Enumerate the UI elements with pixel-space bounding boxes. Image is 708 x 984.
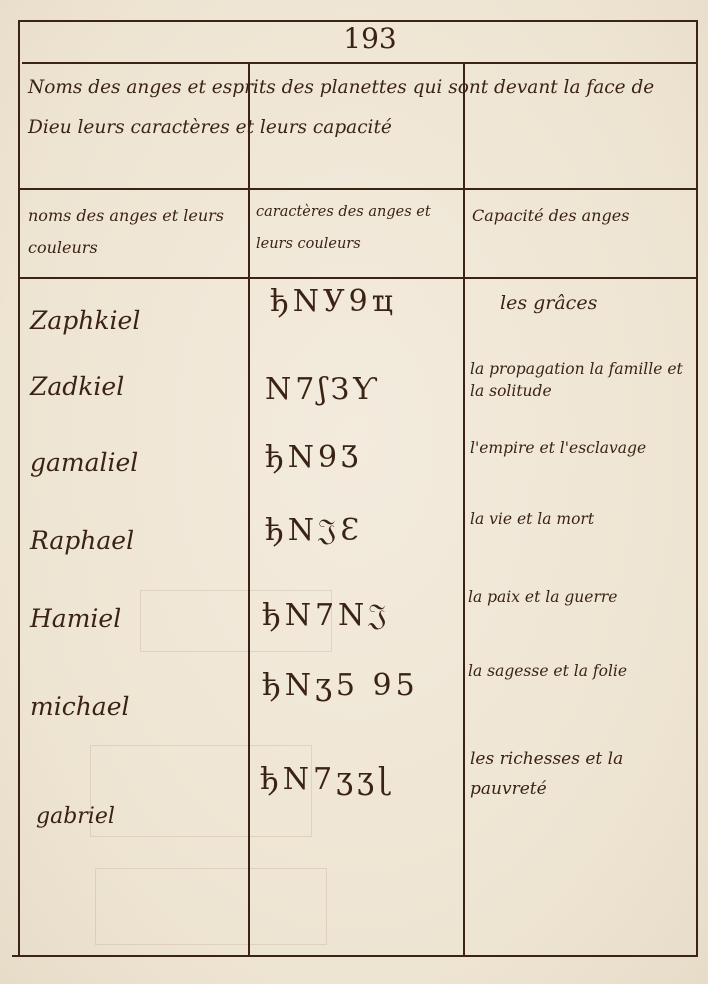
angel-characters: ђΝ𝔍Ɛ (265, 513, 363, 548)
header-names: noms des anges et leurs couleurs (28, 200, 243, 264)
angel-name: Hamiel (30, 604, 121, 633)
column-divider-2 (463, 62, 465, 957)
page-title: Noms des anges et esprits des planettes … (28, 68, 688, 148)
header-capacity: Capacité des anges (472, 200, 692, 232)
header-rule (18, 277, 698, 279)
bottom-rule (12, 955, 698, 957)
page-number-rule (22, 62, 698, 64)
angel-capacity: les grâces (500, 292, 597, 314)
angel-capacity: la propagation la famille et la solitude (470, 358, 690, 402)
bleed-through-sketch (95, 868, 327, 945)
angel-name: Zaphkiel (30, 306, 140, 335)
angel-name: gabriel (36, 804, 115, 829)
angel-characters: ђΝ7ʒʒɭ (260, 762, 393, 797)
angel-capacity: la vie et la mort (470, 508, 594, 530)
angel-characters: ђΝУ9ҵ (270, 284, 398, 319)
angel-characters: ђΝʒ5 95 (262, 668, 419, 703)
angel-characters: ђΝ9Ʒ (265, 440, 362, 475)
left-border (18, 20, 20, 957)
header-characters: caractères des anges et leurs couleurs (256, 196, 461, 260)
angel-name: Zadkiel (30, 372, 124, 401)
right-border (696, 20, 698, 957)
angel-name: michael (30, 692, 130, 721)
angel-capacity: la paix et la guerre (468, 586, 617, 608)
angel-characters: ђΝ7Ν𝔍 (262, 598, 391, 633)
title-rule (18, 188, 698, 190)
column-divider-1 (248, 62, 250, 957)
angel-capacity: les richesses et la pauvreté (470, 744, 685, 804)
manuscript-page: 193 Noms des anges et esprits des planet… (0, 0, 708, 984)
angel-name: Raphael (30, 526, 134, 555)
angel-capacity: l'empire et l'esclavage (470, 437, 670, 459)
angel-capacity: la sagesse et la folie (468, 660, 627, 682)
page-number: 193 (330, 22, 410, 55)
angel-characters: Ν7ʃЗƳ (265, 372, 379, 407)
angel-name: gamaliel (30, 448, 138, 477)
